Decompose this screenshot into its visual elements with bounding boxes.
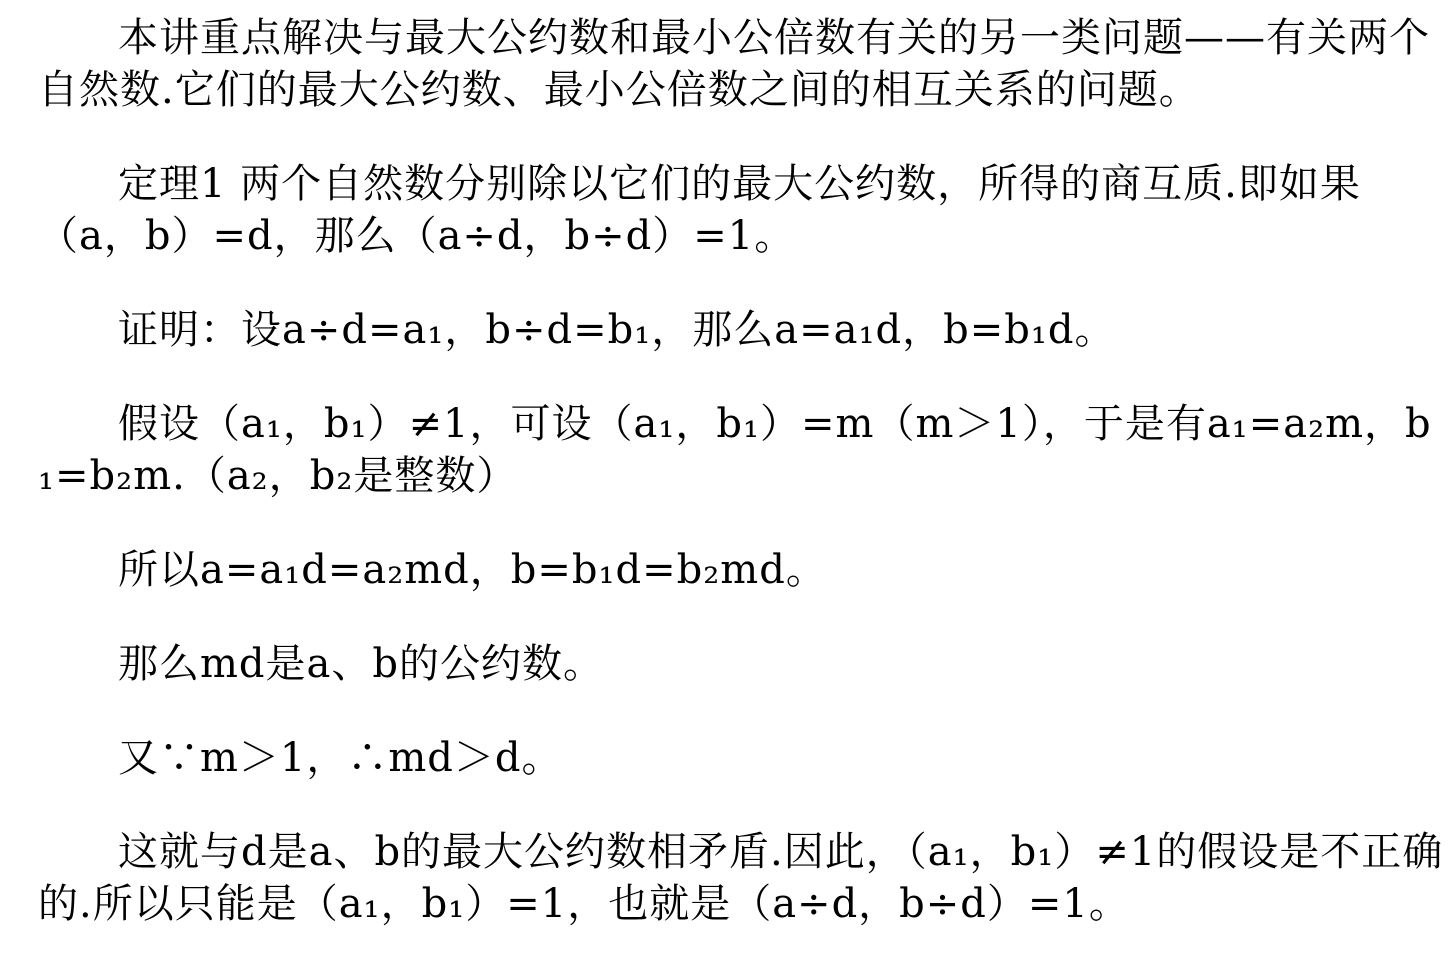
paragraph-assumption: 假设（a₁，b₁）≠1，可设（a₁，b₁）=m（m＞1），于是有a₁=a₂m，b… (38, 398, 1444, 502)
paragraph-proof-setup: 证明：设a÷d=a₁，b÷d=b₁，那么a=a₁d，b=b₁d。 (38, 304, 1444, 356)
paragraph-common-divisor: 那么md是a、b的公约数。 (38, 638, 1444, 690)
document-page: 本讲重点解决与最大公约数和最小公倍数有关的另一类问题——有关两个自然数.它们的最… (0, 0, 1452, 956)
paragraph-inequality: 又∵m＞1，∴md＞d。 (38, 732, 1444, 784)
paragraph-derivation: 所以a=a₁d=a₂md，b=b₁d=b₂md。 (38, 544, 1444, 596)
paragraph-conclusion: 这就与d是a、b的最大公约数相矛盾.因此，（a₁，b₁）≠1的假设是不正确的.所… (38, 826, 1444, 930)
paragraph-intro: 本讲重点解决与最大公约数和最小公倍数有关的另一类问题——有关两个自然数.它们的最… (38, 12, 1444, 116)
paragraph-theorem-1: 定理1 两个自然数分别除以它们的最大公约数，所得的商互质.即如果（a，b）=d，… (38, 158, 1444, 262)
